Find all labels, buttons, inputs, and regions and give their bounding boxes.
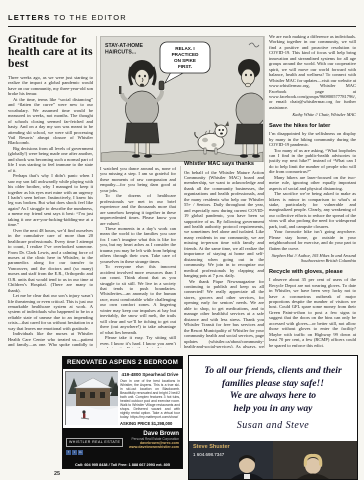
letter2-paragraph: On behalf of the Whistler Mature Action …: [184, 170, 264, 279]
letter3-signature: Stephen Hui // Author, 105 Hikes In and …: [269, 253, 356, 264]
letter3-heading: Save the hikes for later: [269, 123, 356, 129]
letter1-paragraph: Big decisions from all levels of governm…: [8, 146, 93, 173]
agent-info: Dave Brown Personal Real Estate Corporat…: [129, 430, 179, 449]
message-line: To all our friends, clients and their: [189, 365, 357, 378]
letter2-paragraph: We are each making a difference as indiv…: [269, 34, 356, 110]
cartoon-caption-line2: HAIRCUTS...: [105, 50, 137, 56]
letter1-title: Gratitude for health care at its best: [8, 34, 93, 70]
susan-headshot: [273, 441, 357, 479]
message-line: We are always here to: [189, 390, 357, 403]
letter4-paragraph: I observe about 35 per cent of users of …: [269, 277, 356, 348]
ad-footer: WHISTLER REAL ESTATE f t in Dave Brown P…: [63, 428, 182, 468]
letter2-paragraph: We thank Pique Newsmagazine for continui…: [184, 279, 264, 348]
letter-column-1: Gratitude for health care at its best Th…: [8, 34, 93, 348]
property-photo-image: [66, 372, 118, 425]
steve-name: Steve Shuster: [193, 444, 230, 450]
cartoon-caption-line1: STAY-AT-HOME: [105, 43, 143, 49]
letter1-paragraph: These moments in a day’s work can mean t…: [100, 226, 176, 264]
facebook-icon: f: [66, 450, 71, 455]
header-rule: [8, 26, 356, 27]
section-header-bold: LETTERS: [8, 13, 51, 22]
property-description: Own in one of the best locations in Whis…: [120, 379, 180, 420]
speech-line4: FIRST.: [178, 64, 192, 69]
susan-and-steve-signature: Susan and Steve: [189, 420, 357, 431]
ad-banner: RENOVATED ASPENS 2 BEDROOM SKI IN/SKI OU…: [63, 357, 182, 369]
message-line: families please stay safe!!: [189, 378, 357, 391]
editorial-cartoon: STAY-AT-HOME HAIRCUTS... RELAX. I PRACTI…: [100, 36, 264, 162]
steve-headshot: Steve Shuster 1 604.698.7347: [189, 441, 273, 479]
asking-price: ASKING PRICE $1,298,000: [120, 421, 180, 426]
letter1-paragraph: Let me be clear that our son’s injury wa…: [8, 293, 93, 331]
column-divider: [96, 36, 97, 348]
column-divider: [180, 166, 181, 348]
agent-phone: Call: 604 905 8438 / Toll Free: 1 888 66…: [63, 463, 182, 467]
susan-photo: [273, 441, 357, 479]
letter-column-2: I watched you dance around us, none of y…: [100, 166, 176, 348]
letter1-paragraph: To the dozens of healthcare professional…: [100, 193, 176, 226]
agent-name: Dave Brown: [129, 430, 179, 437]
speech-line2: PRACTICED: [172, 52, 199, 57]
letter3-paragraph: I’m disappointed by the selfishness on d…: [269, 131, 356, 147]
letter2-signature: Kathy White // Chair, Whistler MAC: [269, 112, 356, 117]
social-icons: f t in: [66, 450, 179, 455]
letter3-paragraph: The sacrifice we’re being asked to make …: [269, 191, 356, 229]
letter1-paragraph: Three weeks ago, as we were just startin…: [8, 75, 93, 97]
stay-safe-ad: To all our friends, clients and their fa…: [188, 355, 358, 480]
section-header-rest: TO THE EDITOR: [54, 13, 127, 22]
letter-column-3: Whistler MAC says thanks On behalf of th…: [184, 161, 264, 348]
letter3-paragraph: Many hikers are laser-focused on the two…: [269, 175, 356, 191]
agent-website: www.davebrownwhistler.com: [129, 445, 179, 449]
stay-safe-message: To all our friends, clients and their fa…: [189, 365, 357, 415]
speech-line1: RELAX. I: [175, 46, 194, 51]
speech-line3: ON SPIKE: [174, 58, 196, 63]
letter4-heading: Recycle with gloves, please: [269, 269, 356, 275]
ad-content: 419-4800 Spearhead Drive Own in one of t…: [63, 369, 182, 428]
letter1-paragraph: Individuals like the nurses at Whistler …: [8, 331, 93, 348]
magazine-page: LETTERS TO THE EDITOR Gratitude for heal…: [0, 0, 364, 480]
letter3-paragraph: Too many of us are asking, “What loophol…: [269, 148, 356, 175]
agent-headshots: Steve Shuster 1 604.698.7347: [189, 441, 357, 479]
letter1-paragraph: At the time, terms like “social distanci…: [8, 97, 93, 146]
message-line: help you in any way: [189, 403, 357, 416]
property-photo: [65, 371, 118, 425]
letter3-paragraph: Your favourite hike isn’t going anywhere…: [269, 229, 356, 251]
column-divider: [264, 36, 265, 348]
cartoon-drawing: STAY-AT-HOME HAIRCUTS... RELAX. I PRACTI…: [101, 37, 263, 162]
twitter-icon: t: [72, 450, 77, 455]
steve-phone: 1 604.698.7347: [193, 452, 224, 457]
letter1-paragraph: Please take it easy. Try sitting still e…: [100, 335, 176, 348]
brokerage-logo: WHISTLER REAL ESTATE: [66, 438, 123, 447]
property-address: 419-4800 Spearhead Drive: [120, 372, 180, 377]
letter1-paragraph: I watched you dance around us, none of y…: [100, 166, 176, 193]
ad-copy: 419-4800 Spearhead Drive Own in one of t…: [120, 371, 180, 426]
letter1-paragraph: Over the next 48 hours, we’d find oursel…: [8, 228, 93, 293]
section-header: LETTERS TO THE EDITOR: [8, 13, 356, 22]
letter-column-4: We are each making a difference as indiv…: [269, 34, 356, 348]
letter1-paragraph: Perhaps that’s why I didn’t panic when I…: [8, 173, 93, 228]
letter1-paragraph: To everyone else: this innocent accident…: [100, 264, 176, 335]
aspens-real-estate-ad: RENOVATED ASPENS 2 BEDROOM SKI IN/SKI OU…: [62, 356, 183, 469]
linkedin-icon: in: [78, 450, 83, 455]
letter2-heading: Whistler MAC says thanks: [184, 161, 264, 167]
page-number: 25: [54, 471, 60, 477]
